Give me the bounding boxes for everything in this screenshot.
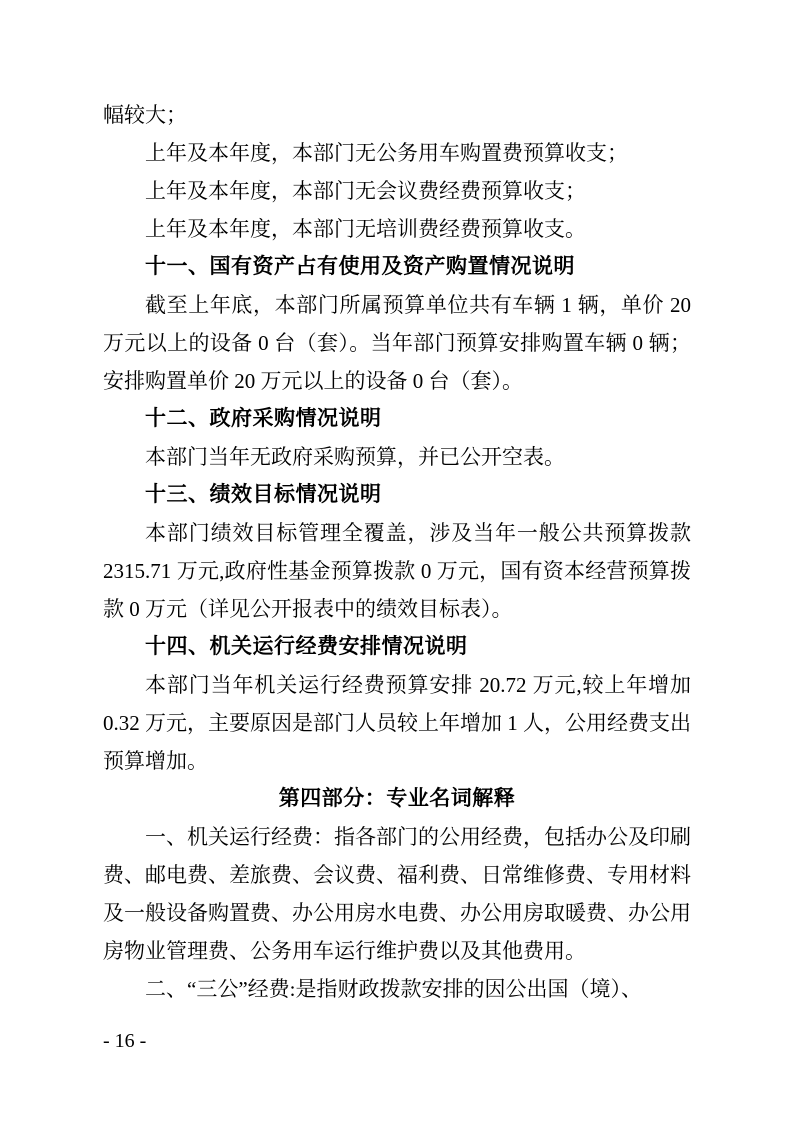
page-number: - 16 -: [103, 1028, 146, 1054]
heading-section-11-state-assets: 十一、国有资产占有使用及资产购置情况说明: [103, 248, 691, 286]
document-page: 幅较大； 上年及本年度，本部门无公务用车购置费预算收支； 上年及本年度，本部门无…: [0, 0, 793, 1122]
paragraph-state-assets-detail: 截至上年底，本部门所属预算单位共有车辆 1 辆，单价 20 万元以上的设备 0 …: [103, 286, 691, 400]
document-body: 幅较大； 上年及本年度，本部门无公务用车购置费预算收支； 上年及本年度，本部门无…: [103, 96, 691, 1008]
paragraph-gov-procurement-detail: 本部门当年无政府采购预算，并已公开空表。: [103, 438, 691, 476]
paragraph-no-meeting-fee-budget: 上年及本年度，本部门无会议费经费预算收支；: [103, 172, 691, 210]
paragraph-performance-targets-detail: 本部门绩效目标管理全覆盖，涉及当年一般公共预算拨款 2315.71 万元,政府性…: [103, 514, 691, 628]
paragraph-term-operating-expenses: 一、机关运行经费：指各部门的公用经费，包括办公及印刷费、邮电费、差旅费、会议费、…: [103, 818, 691, 970]
heading-section-14-operating-expenses: 十四、机关运行经费安排情况说明: [103, 628, 691, 666]
paragraph-term-three-public-expenses: 二、“三公”经费:是指财政拨款安排的因公出国（境）、: [103, 970, 691, 1008]
paragraph-no-vehicle-purchase-budget: 上年及本年度，本部门无公务用车购置费预算收支；: [103, 134, 691, 172]
paragraph-no-training-fee-budget: 上年及本年度，本部门无培训费经费预算收支。: [103, 210, 691, 248]
paragraph-operating-expenses-detail: 本部门当年机关运行经费预算安排 20.72 万元,较上年增加 0.32 万元，主…: [103, 666, 691, 780]
heading-part-four-terminology: 第四部分：专业名词解释: [103, 780, 691, 818]
heading-section-13-performance-targets: 十三、绩效目标情况说明: [103, 476, 691, 514]
paragraph-continuation: 幅较大；: [103, 96, 691, 134]
heading-section-12-gov-procurement: 十二、政府采购情况说明: [103, 400, 691, 438]
